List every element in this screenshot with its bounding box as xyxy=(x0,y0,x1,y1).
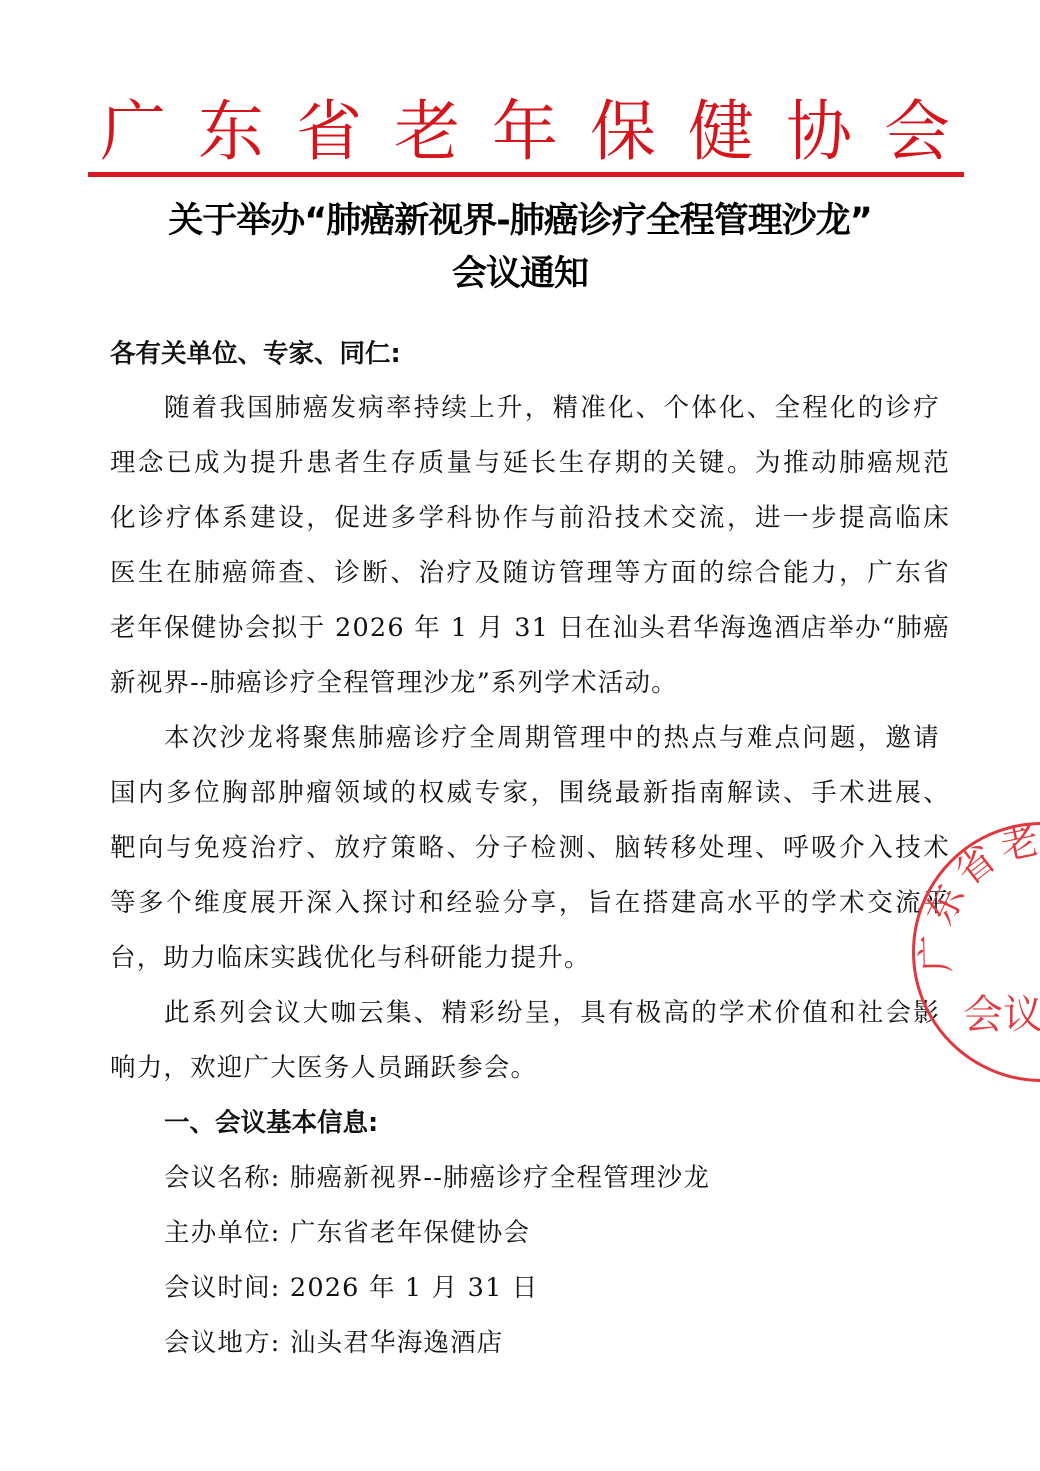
letterhead-char: 保 xyxy=(590,92,656,172)
notice-title-line2: 会议通知 xyxy=(0,246,1040,296)
seal-bottom-text: 会议专用 xyxy=(963,983,1040,1040)
notice-title: 关于举办“肺癌新视界-肺癌诊疗全程管理沙龙” xyxy=(0,193,1040,243)
section-heading: 一、会议基本信息: xyxy=(164,1106,1004,1140)
paragraph-line: 医生在肺癌筛查、诊断、治疗及随访管理等方面的综合能力，广东省 xyxy=(110,556,950,590)
info-row-venue: 会议地方: 汕头君华海逸酒店 xyxy=(164,1326,1004,1360)
paragraph-line: 新视界--肺癌诊疗全程管理沙龙”系列学术活动。 xyxy=(110,666,950,700)
info-row-organizer: 主办单位: 广东省老年保健协会 xyxy=(164,1216,1004,1250)
letterhead-char: 协 xyxy=(786,92,852,172)
info-value: 2026 年 1 月 31 日 xyxy=(290,1273,539,1303)
paragraph-line: 此系列会议大咖云集、精彩纷呈，具有极高的学术价值和社会影 xyxy=(164,996,940,1030)
paragraph-line: 响力，欢迎广大医务人员踊跃参会。 xyxy=(110,1051,950,1085)
svg-text:广东省老年: 广东省老年 xyxy=(914,822,1040,973)
letterhead-char: 东 xyxy=(198,92,264,172)
document-page: 广 东 省 老 年 保 健 协 会 关于举办“肺癌新视界-肺癌诊疗全程管理沙龙”… xyxy=(0,0,1040,1471)
paragraph-line: 理念已成为提升患者生存质量与延长生存期的关键。为推动肺癌规范 xyxy=(110,446,950,480)
letterhead-char: 健 xyxy=(688,92,754,172)
letterhead-char: 年 xyxy=(492,92,558,172)
seal-star-icon: 广东省老年 xyxy=(912,822,1040,1082)
letterhead-red-rule xyxy=(88,172,964,177)
info-label: 主办单位: xyxy=(164,1218,281,1248)
salutation: 各有关单位、专家、同仁: xyxy=(110,337,950,371)
paragraph-line: 等多个维度展开深入探讨和经验分享，旨在搭建高水平的学术交流平 xyxy=(110,886,950,920)
letterhead-char: 会 xyxy=(884,92,950,172)
info-row-meeting-name: 会议名称: 肺癌新视界--肺癌诊疗全程管理沙龙 xyxy=(164,1161,1004,1195)
info-label: 会议名称: xyxy=(164,1163,281,1193)
info-label: 会议时间: xyxy=(164,1273,281,1303)
official-seal-stamp: 广东省老年 会议专用 xyxy=(912,822,1040,1082)
letterhead-org-name: 广 东 省 老 年 保 健 协 会 xyxy=(100,92,950,172)
paragraph-line: 化诊疗体系建设，促进多学科协作与前沿技术交流，进一步提高临床 xyxy=(110,501,950,535)
paragraph-line: 本次沙龙将聚焦肺癌诊疗全周期管理中的热点与难点问题，邀请 xyxy=(164,721,940,755)
letterhead-char: 老 xyxy=(394,92,460,172)
paragraph-line: 靶向与免疫治疗、放疗策略、分子检测、脑转移处理、呼吸介入技术 xyxy=(110,831,950,865)
paragraph-line: 台，助力临床实践优化与科研能力提升。 xyxy=(110,941,950,975)
info-value: 肺癌新视界--肺癌诊疗全程管理沙龙 xyxy=(290,1163,710,1193)
paragraph-line: 随着我国肺癌发病率持续上升，精准化、个体化、全程化的诊疗 xyxy=(164,391,940,425)
info-value: 汕头君华海逸酒店 xyxy=(290,1328,504,1358)
seal-arc-text: 广东省老年 xyxy=(914,822,1040,973)
paragraph-line: 老年保健协会拟于 2026 年 1 月 31 日在汕头君华海逸酒店举办“肺癌 xyxy=(110,611,950,645)
paragraph-line: 国内多位胸部肿瘤领域的权威专家，围绕最新指南解读、手术进展、 xyxy=(110,776,950,810)
letterhead-char: 省 xyxy=(296,92,362,172)
info-label: 会议地方: xyxy=(164,1328,281,1358)
info-value: 广东省老年保健协会 xyxy=(290,1218,530,1248)
letterhead-char: 广 xyxy=(100,92,166,172)
info-row-meeting-time: 会议时间: 2026 年 1 月 31 日 xyxy=(164,1271,1004,1305)
